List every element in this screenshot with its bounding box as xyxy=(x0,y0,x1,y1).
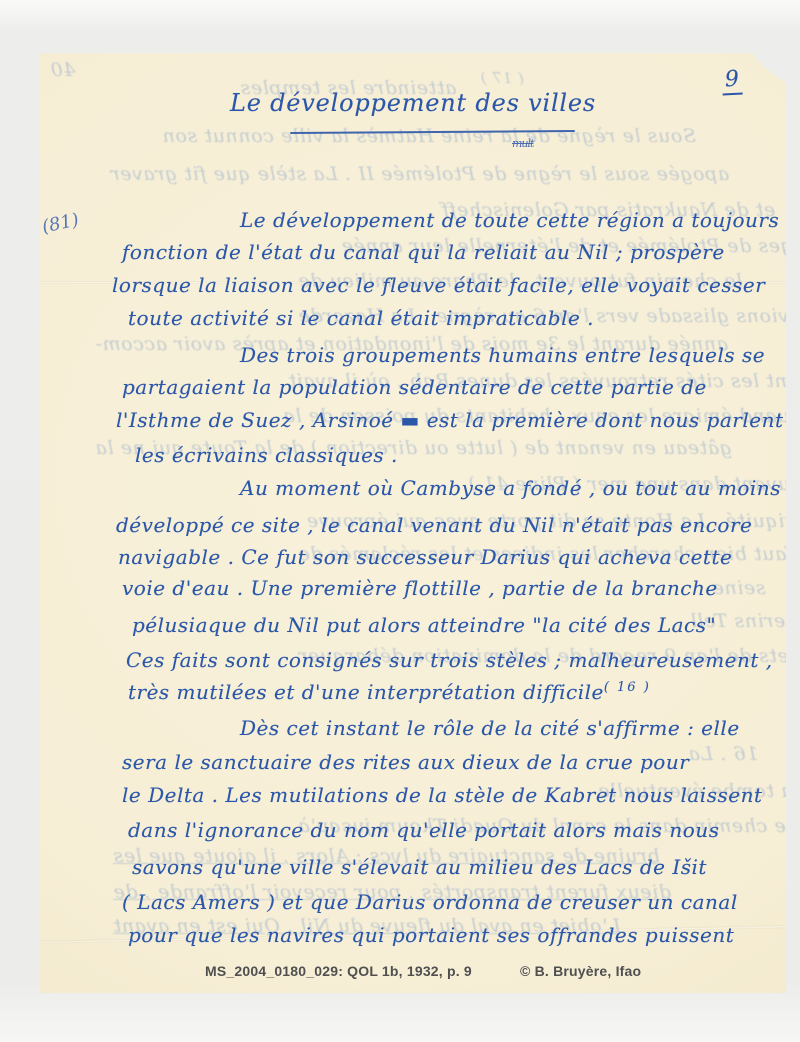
manuscript-page: ( 17 ) 40 atteindre les temples Sous le … xyxy=(40,53,786,993)
bleedthrough-line: 16 . La xyxy=(688,743,758,765)
manuscript-line: très mutilées et d'une interprétation di… xyxy=(128,674,651,706)
bleedthrough-line: ( 17 ) xyxy=(480,69,524,87)
title-block: Le développement des villes xyxy=(40,89,786,117)
manuscript-line: les écrivains classiques . xyxy=(135,441,398,469)
manuscript-line: lorsque la liaison avec le fleuve était … xyxy=(112,271,765,299)
manuscript-line: Ces faits sont consignés sur trois stèle… xyxy=(126,646,773,674)
manuscript-line: sera le sanctuaire des rites aux dieux d… xyxy=(122,748,689,776)
footnote-reference: ( 16 ) xyxy=(604,680,651,695)
page-title: Le développement des villes xyxy=(230,89,596,117)
manuscript-line: Des trois groupements humains entre lesq… xyxy=(240,341,765,369)
manuscript-line: pour que les navires qui portaient ses o… xyxy=(128,921,734,949)
manuscript-line: fonction de l'état du canal qui la relia… xyxy=(122,238,725,266)
manuscript-reference: MS_2004_0180_029: QOL 1b, 1932, p. 9 xyxy=(205,963,472,979)
bleedthrough-line: seine xyxy=(712,577,766,599)
manuscript-line: partagaient la population sédentaire de … xyxy=(122,373,707,401)
manuscript-line: navigable . Ce fut son successeur Darius… xyxy=(118,543,732,571)
manuscript-line: dans l'ignorance du nom qu'elle portait … xyxy=(128,816,719,844)
title-underline xyxy=(290,130,575,134)
scanner-background: ( 17 ) 40 atteindre les temples Sous le … xyxy=(0,0,800,1042)
manuscript-line: savons qu'une ville s'élevait au milieu … xyxy=(132,853,707,881)
bleedthrough-page-number: 40 xyxy=(50,59,75,81)
manuscript-line: l'Isthme de Suez , Arsinoé ▬ est la prem… xyxy=(116,406,784,434)
manuscript-line: le Delta . Les mutilations de la stèle d… xyxy=(122,781,762,809)
bleedthrough-line: apogée sous le règne de Ptolémée II . La… xyxy=(110,163,729,185)
manuscript-line: Dès cet instant le rôle de la cité s'aff… xyxy=(240,714,740,742)
manuscript-line: ( Lacs Amers ) et que Darius ordonna de … xyxy=(122,888,738,916)
manuscript-line: Au moment où Cambyse a fondé , ou tout a… xyxy=(240,474,781,502)
manuscript-line: pélusiaque du Nil put alors atteindre "l… xyxy=(132,611,716,639)
manuscript-line: développé ce site , le canal venant du N… xyxy=(116,511,752,539)
copyright-notice: © B. Bruyère, Ifao xyxy=(520,963,641,979)
title-scribble: mult xyxy=(512,137,533,150)
bleedthrough-line: Sous le règne de la reine Hatmès la vill… xyxy=(162,125,696,147)
manuscript-line-text: très mutilées et d'une interprétation di… xyxy=(128,680,604,704)
manuscript-line: Le développement de toute cette région a… xyxy=(240,206,800,234)
margin-note: (81) xyxy=(40,209,81,237)
manuscript-line: voie d'eau . Une première flottille , pa… xyxy=(122,574,718,602)
manuscript-line: toute activité si le canal était imprati… xyxy=(128,304,594,332)
